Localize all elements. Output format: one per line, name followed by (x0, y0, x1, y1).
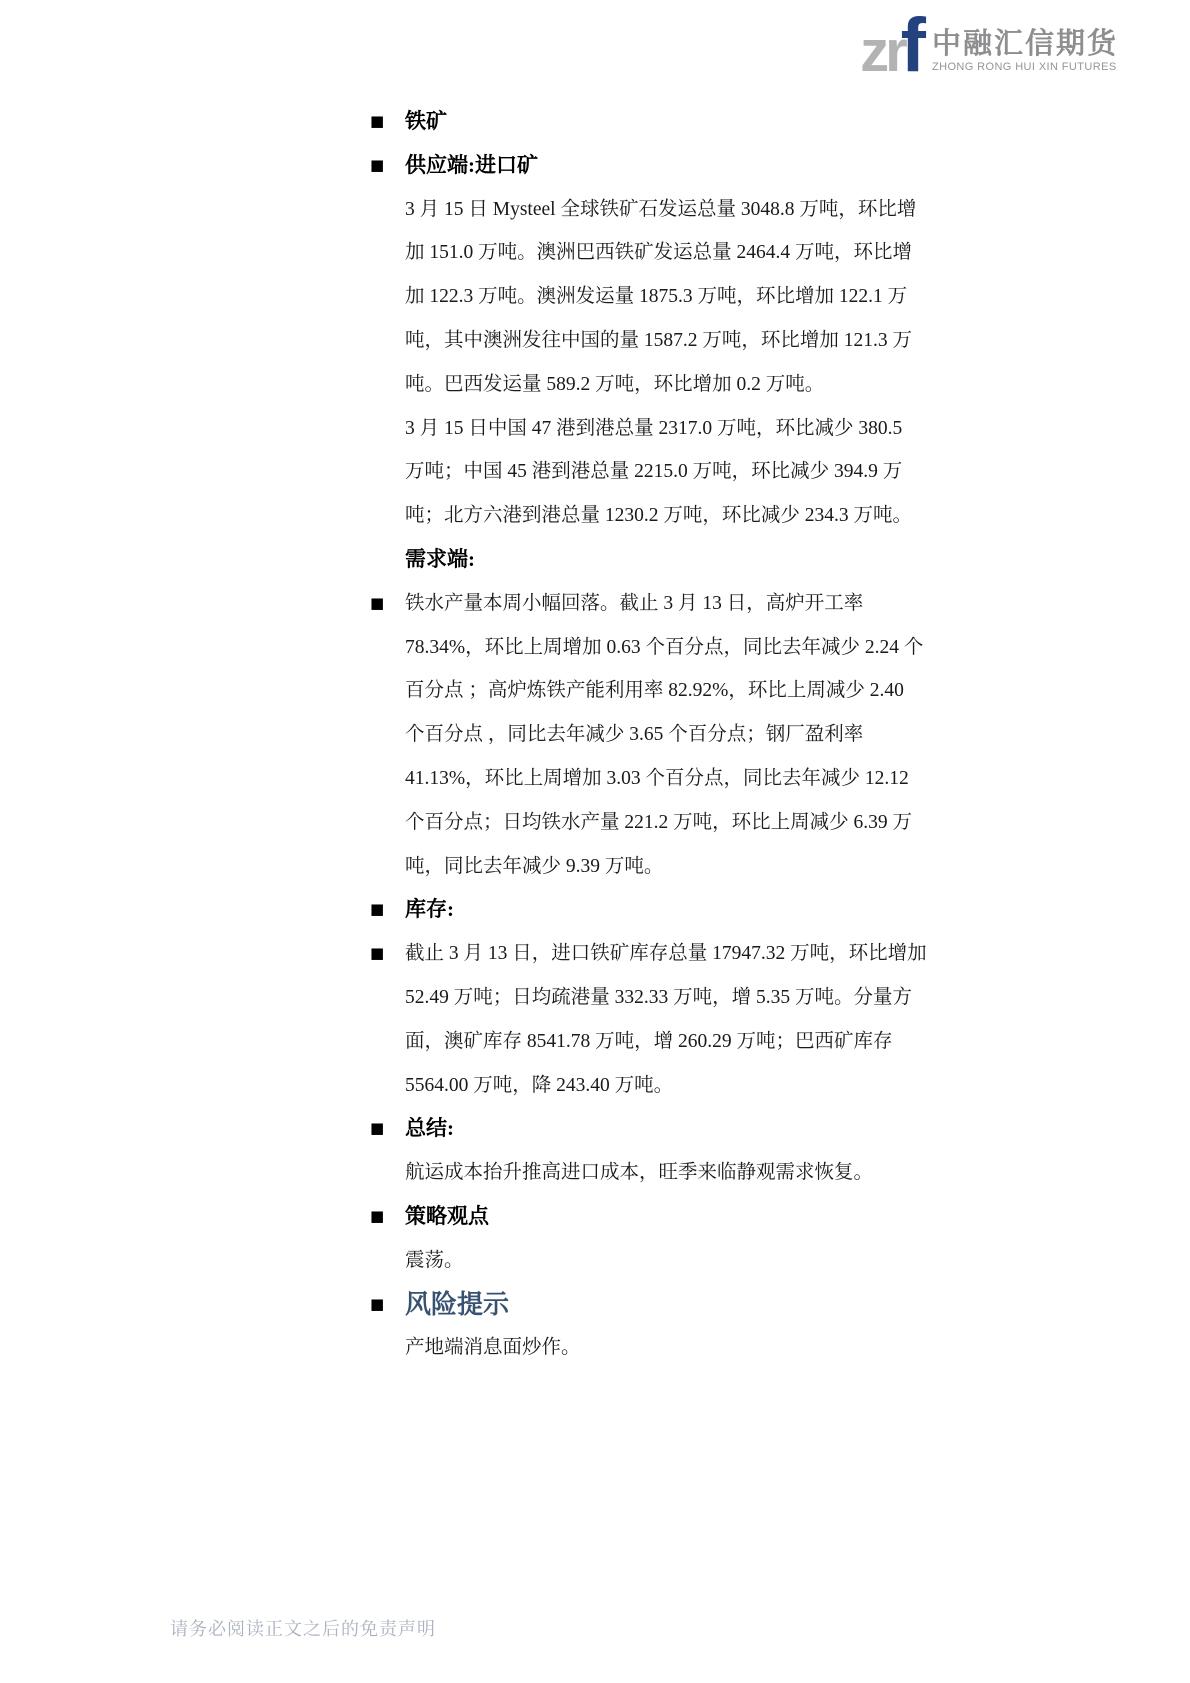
block-h1-0: ■铁矿 (370, 100, 990, 144)
text-line: 总结: (405, 1107, 990, 1151)
text-line: 41.13%，环比上周增加 3.03 个百分点，同比去年减少 12.12 (405, 757, 990, 801)
text-line: 库存: (405, 888, 990, 932)
block-body-2: 3 月 15 日 Mysteel 全球铁矿石发运总量 3048.8 万吨，环比增… (370, 188, 990, 407)
text-line: 震荡。 (405, 1239, 990, 1283)
block-content: 策略观点 (405, 1195, 990, 1239)
footer-disclaimer: 请务必阅读正文之后的免责声明 (170, 1615, 436, 1641)
text-line: 百分点 ；高炉炼铁产能利用率 82.92%，环比上周减少 2.40 (405, 669, 990, 713)
block-h2-4: 需求端: (370, 538, 990, 582)
document-body: ■铁矿■供应端:进口矿3 月 15 日 Mysteel 全球铁矿石发运总量 30… (370, 100, 990, 1370)
block-body-5: ■铁水产量本周小幅回落。截止 3 月 13 日，高炉开工率78.34%，环比上周… (370, 582, 990, 889)
block-body-9: 航运成本抬升推高进口成本，旺季来临静观需求恢复。 (370, 1151, 990, 1195)
logo-names: 中融汇信期货 ZHONG RONG HUI XIN FUTURES (932, 29, 1118, 75)
text-line: 面，澳矿库存 8541.78 万吨，增 260.29 万吨；巴西矿库存 (405, 1020, 990, 1064)
text-line: 个百分点；日均铁水产量 221.2 万吨，环比上周减少 6.39 万 (405, 801, 990, 845)
block-body-11: 震荡。 (370, 1239, 990, 1283)
text-line: 航运成本抬升推高进口成本，旺季来临静观需求恢复。 (405, 1151, 990, 1195)
bullet-square-icon: ■ (370, 932, 405, 976)
block-h1-8: ■总结: (370, 1107, 990, 1151)
text-line: 加 122.3 万吨。澳洲发运量 1875.3 万吨，环比增加 122.1 万 (405, 275, 990, 319)
block-content: 截止 3 月 13 日，进口铁矿库存总量 17947.32 万吨，环比增加52.… (405, 932, 990, 1107)
bullet-square-icon: ■ (370, 888, 405, 932)
bullet-square-icon: ■ (370, 1283, 405, 1327)
block-content: 需求端: (405, 538, 990, 582)
logo-letters-zr: zr (860, 29, 904, 74)
block-h1-6: ■库存: (370, 888, 990, 932)
text-line: 加 151.0 万吨。澳洲巴西铁矿发运总量 2464.4 万吨，环比增 (405, 231, 990, 275)
text-line: 52.49 万吨；日均疏港量 332.33 万吨，增 5.35 万吨。分量方 (405, 976, 990, 1020)
bullet-square-icon: ■ (370, 1195, 405, 1239)
text-line: 5564.00 万吨，降 243.40 万吨。 (405, 1064, 990, 1108)
bullet-square-icon: ■ (370, 1107, 405, 1151)
block-content: 铁矿 (405, 100, 990, 144)
text-line: 吨，其中澳洲发往中国的量 1587.2 万吨，环比增加 121.3 万 (405, 319, 990, 363)
text-line: 吨；北方六港到港总量 1230.2 万吨，环比减少 234.3 万吨。 (405, 494, 990, 538)
text-line: 铁水产量本周小幅回落。截止 3 月 13 日，高炉开工率 (405, 582, 990, 626)
block-body-3: 3 月 15 日中国 47 港到港总量 2317.0 万吨，环比减少 380.5… (370, 407, 990, 538)
text-line: 个百分点 ，同比去年减少 3.65 个百分点；钢厂盈利率 (405, 713, 990, 757)
zrf-logo-icon: zr f (860, 16, 922, 75)
block-body-7: ■截止 3 月 13 日，进口铁矿库存总量 17947.32 万吨，环比增加52… (370, 932, 990, 1107)
block-body-13: 产地端消息面炒作。 (370, 1326, 990, 1370)
block-content: 库存: (405, 888, 990, 932)
bullet-square-icon: ■ (370, 582, 405, 626)
block-content: 航运成本抬升推高进口成本，旺季来临静观需求恢复。 (405, 1151, 990, 1195)
text-line: 需求端: (405, 538, 990, 582)
company-name-english: ZHONG RONG HUI XIN FUTURES (932, 61, 1118, 73)
bullet-square-icon: ■ (370, 144, 405, 188)
bullet-square-icon: ■ (370, 100, 405, 144)
block-content: 产地端消息面炒作。 (405, 1326, 990, 1370)
block-content: 总结: (405, 1107, 990, 1151)
block-content: 3 月 15 日 Mysteel 全球铁矿石发运总量 3048.8 万吨，环比增… (405, 188, 990, 407)
text-line: 3 月 15 日中国 47 港到港总量 2317.0 万吨，环比减少 380.5 (405, 407, 990, 451)
text-line: 铁矿 (405, 100, 990, 144)
text-line: 78.34%，环比上周增加 0.63 个百分点，同比去年减少 2.24 个 (405, 626, 990, 670)
text-line: 截止 3 月 13 日，进口铁矿库存总量 17947.32 万吨，环比增加 (405, 932, 990, 976)
text-line: 万吨；中国 45 港到港总量 2215.0 万吨，环比减少 394.9 万 (405, 450, 990, 494)
block-risk-12: ■风险提示 (370, 1283, 990, 1327)
text-line: 供应端:进口矿 (405, 144, 990, 188)
text-line: 3 月 15 日 Mysteel 全球铁矿石发运总量 3048.8 万吨，环比增 (405, 188, 990, 232)
block-h1-10: ■策略观点 (370, 1195, 990, 1239)
logo-letter-f: f (901, 16, 922, 75)
text-line: 策略观点 (405, 1195, 990, 1239)
text-line: 吨，同比去年减少 9.39 万吨。 (405, 845, 990, 889)
block-content: 供应端:进口矿 (405, 144, 990, 188)
block-content: 风险提示 (405, 1283, 990, 1327)
text-line: 产地端消息面炒作。 (405, 1326, 990, 1370)
company-logo: zr f 中融汇信期货 ZHONG RONG HUI XIN FUTURES (860, 16, 1118, 75)
block-content: 震荡。 (405, 1239, 990, 1283)
text-line: 风险提示 (405, 1283, 990, 1327)
block-h1-1: ■供应端:进口矿 (370, 144, 990, 188)
text-line: 吨。巴西发运量 589.2 万吨，环比增加 0.2 万吨。 (405, 363, 990, 407)
block-content: 铁水产量本周小幅回落。截止 3 月 13 日，高炉开工率78.34%，环比上周增… (405, 582, 990, 889)
block-content: 3 月 15 日中国 47 港到港总量 2317.0 万吨，环比减少 380.5… (405, 407, 990, 538)
company-name-chinese: 中融汇信期货 (932, 29, 1118, 59)
